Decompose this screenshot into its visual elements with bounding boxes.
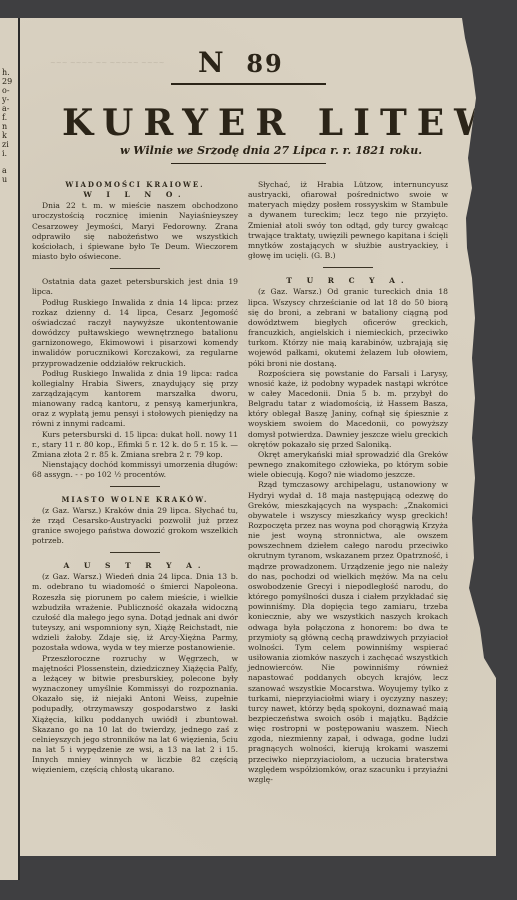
section-heading-domestic: WIADOMOŚCI KRAIOWE. [32,180,238,190]
masthead-rule-bottom [171,163,326,164]
margin-fragment: a [2,166,7,175]
article-paragraph: Rząd tymczasowy archipelagu, ustanowiony… [248,480,448,785]
right-column: Słychać, iż Hrabia Lützow, internuncyusz… [248,180,448,785]
article-paragraph: (z Gaz. Warsz.) Wiedeń dnia 24 lipca. Dn… [32,572,238,653]
section-heading-turkey: T U R C Y A. [248,276,448,286]
article-paragraph: Kurs petersburski d. 15 lipca: dukat hol… [32,430,238,460]
newspaper-title: KURYER LITEWSKI [62,102,462,144]
article-paragraph: Nienstający dochód kommissyi umorzenia d… [32,460,238,480]
dateline: w Wilnie we Srzodę dnia 27 Lipca r. r. 1… [120,144,422,157]
margin-fragment: y- [2,95,9,104]
issue-value: 89 [246,49,283,78]
newspaper-page: ~~~ ~~~~ ~~ ~~~~~ ~~~~ N 89 KURYER LITEW… [20,18,496,856]
margin-fragment: h. [2,68,10,77]
margin-fragment: k [2,131,7,140]
section-divider [110,268,160,269]
masthead-rule-top [171,83,326,85]
article-paragraph: Słychać, iż Hrabia Lützow, internuncyusz… [248,180,448,261]
article-paragraph: (z Gaz. Warsz.) Od granic tureckich dnia… [248,287,448,368]
section-divider [110,552,160,553]
margin-fragment: i. [2,149,7,158]
article-paragraph: Okręt amerykański miał sprowadzić dla Gr… [248,450,448,480]
section-subheading-wilno: W I L N O. [32,190,238,200]
article-paragraph: Podług Ruskiego Inwalida z dnia 19 lipca… [32,369,238,430]
section-heading-krakow: MIASTO WOLNE KRAKÓW. [32,495,238,505]
adjacent-page-edge: h. 29 o- y- a- f. n k zi i. a u [0,18,20,880]
section-divider [110,486,160,487]
issue-label: N [198,46,226,79]
margin-fragment: 29 [2,77,12,86]
margin-fragment: n [2,122,7,131]
article-paragraph: Rozpościera się powstanie do Farsali i L… [248,369,448,450]
article-paragraph: Przeszłoroczne rozruchy w Węgrzech, w ma… [32,654,238,776]
section-divider [323,267,373,268]
margin-fragment: u [2,175,7,184]
issue-number: N 89 [198,46,284,79]
article-paragraph: (z Gaz. Warsz.) Kraków dnia 29 lipca. Sł… [32,506,238,547]
margin-fragment: f. [2,113,7,122]
bleed-through-text: ~~~ ~~~~ ~~ ~~~~~ ~~~~ [50,58,170,68]
article-paragraph: Ostatnia data gazet petersburskich jest … [32,277,238,297]
margin-fragment: zi [2,140,9,149]
article-paragraph: Dnia 22 t. m. w mieście naszem obchodzon… [32,201,238,262]
margin-fragment: a- [2,104,9,113]
section-heading-austria: A U S T R Y A. [32,561,238,571]
margin-fragment: o- [2,86,10,95]
left-column: WIADOMOŚCI KRAIOWE. W I L N O. Dnia 22 t… [32,180,238,775]
article-paragraph: Podług Ruskiego Inwalida z dnia 14 lipca… [32,298,238,369]
